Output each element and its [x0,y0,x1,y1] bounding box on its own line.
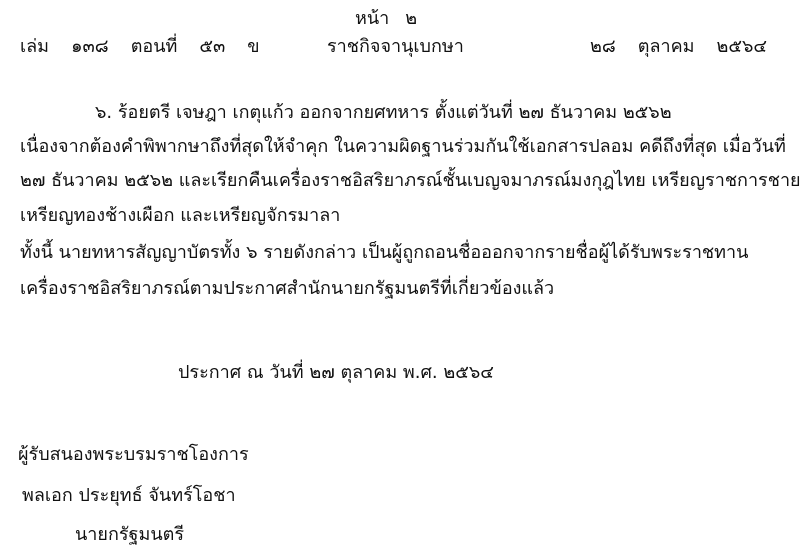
publication-date: ๒๘ตุลาคม๒๕๖๔ [590,38,767,56]
volume-label: เล่ม [20,36,49,57]
publication-name: ราชกิจจานุเบกษา [327,38,464,56]
page-number-value: ๒ [405,8,417,29]
date-year: ๒๕๖๔ [717,36,768,57]
volume-info: เล่ม๑๓๘ตอนที่๕๓ข [20,38,282,56]
signatory-name: พลเอก ประยุทธ์ จันทร์โอชา [22,487,236,505]
page-label: หน้า [355,8,389,29]
body-line-1: ๖. ร้อยตรี เจษฎา เกตุแก้ว ออกจากยศทหาร ต… [95,104,672,122]
page-number: หน้า๒ [355,10,433,28]
announcement-date: ประกาศ ณ วันที่ ๒๗ ตุลาคม พ.ศ. ๒๕๖๔ [178,364,494,382]
signatory-position: นายกรัฐมนตรี [75,526,184,544]
body-line-5: ทั้งนี้ นายทหารสัญญาบัตรทั้ง ๖ รายดังกล่… [20,244,748,262]
body-line-6: เครื่องราชอิสริยาภรณ์ตามประกาศสำนักนายกร… [20,280,554,298]
section-suffix: ข [247,36,259,57]
body-line-4: เหรียญทองช้างเผือก และเหรียญจักรมาลา [20,207,340,225]
body-line-3: ๒๗ ธันวาคม ๒๕๖๒ และเรียกคืนเครื่องราชอิส… [20,172,800,190]
section-number: ๕๓ [199,36,225,57]
date-month: ตุลาคม [638,36,695,57]
body-line-2: เนื่องจากต้องคำพิพากษาถึงที่สุดให้จำคุก … [20,138,786,156]
volume-number: ๑๓๘ [71,36,109,57]
date-day: ๒๘ [590,36,616,57]
countersign-label: ผู้รับสนองพระบรมราชโองการ [18,446,249,464]
section-label: ตอนที่ [131,36,178,57]
